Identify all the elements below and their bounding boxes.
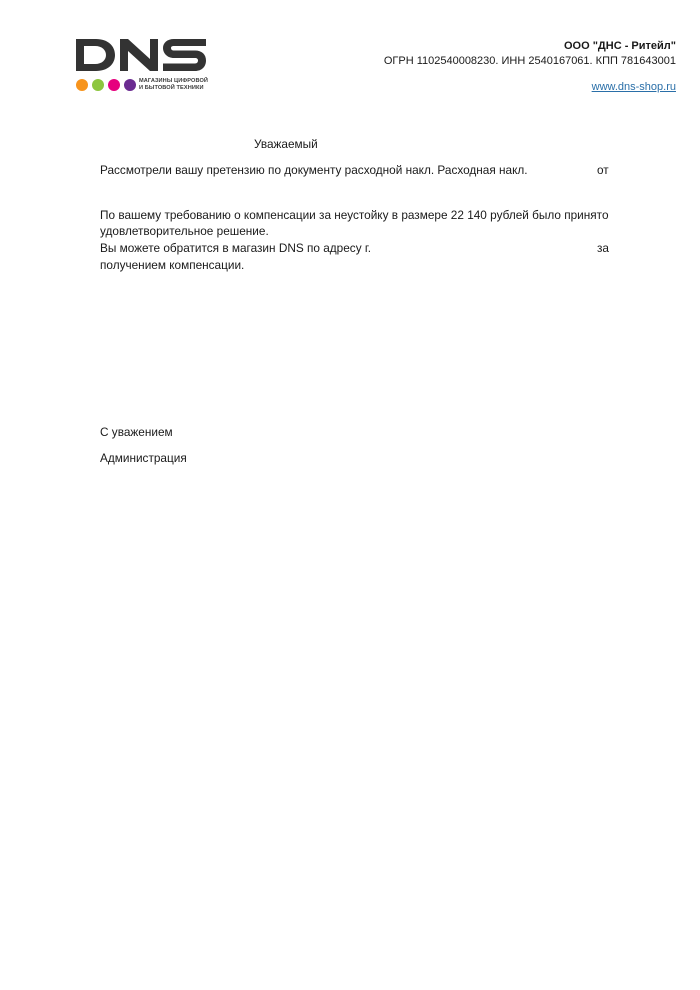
logo-dots [76, 79, 136, 91]
dns-wordmark-icon [74, 38, 208, 72]
closing: С уважением [100, 424, 173, 440]
paragraph2-line3-trailing: за [597, 240, 609, 256]
greeting: Уважаемый [254, 136, 318, 152]
paragraph2-line4: получением компенсации. [100, 257, 244, 273]
signature: Администрация [100, 450, 187, 466]
paragraph1-trailing: от [597, 162, 609, 178]
magenta-dot-icon [108, 79, 120, 91]
purple-dot-icon [124, 79, 136, 91]
letter-page: Магазины цифровой и бытовой техники ООО … [0, 0, 700, 990]
company-header: ООО "ДНС - Ритейл" ОГРН 1102540008230. И… [384, 39, 676, 69]
dns-logo: Магазины цифровой и бытовой техники [74, 38, 214, 96]
paragraph2-line3: Вы можете обратится в магазин DNS по адр… [100, 240, 371, 256]
paragraph1-text: Рассмотрели вашу претензию по документу … [100, 162, 528, 178]
company-name: ООО "ДНС - Ритейл" [384, 39, 676, 54]
orange-dot-icon [76, 79, 88, 91]
logo-tagline-line2: и бытовой техники [139, 85, 208, 92]
paragraph2-line1: По вашему требованию о компенсации за не… [100, 207, 609, 223]
green-dot-icon [92, 79, 104, 91]
paragraph2-line2: удовлетворительное решение. [100, 223, 269, 239]
logo-tagline-line1: Магазины цифровой [139, 78, 208, 85]
company-registration: ОГРН 1102540008230. ИНН 2540167061. КПП … [384, 54, 676, 69]
logo-tagline: Магазины цифровой и бытовой техники [139, 78, 208, 92]
website-link[interactable]: www.dns-shop.ru [592, 80, 676, 95]
